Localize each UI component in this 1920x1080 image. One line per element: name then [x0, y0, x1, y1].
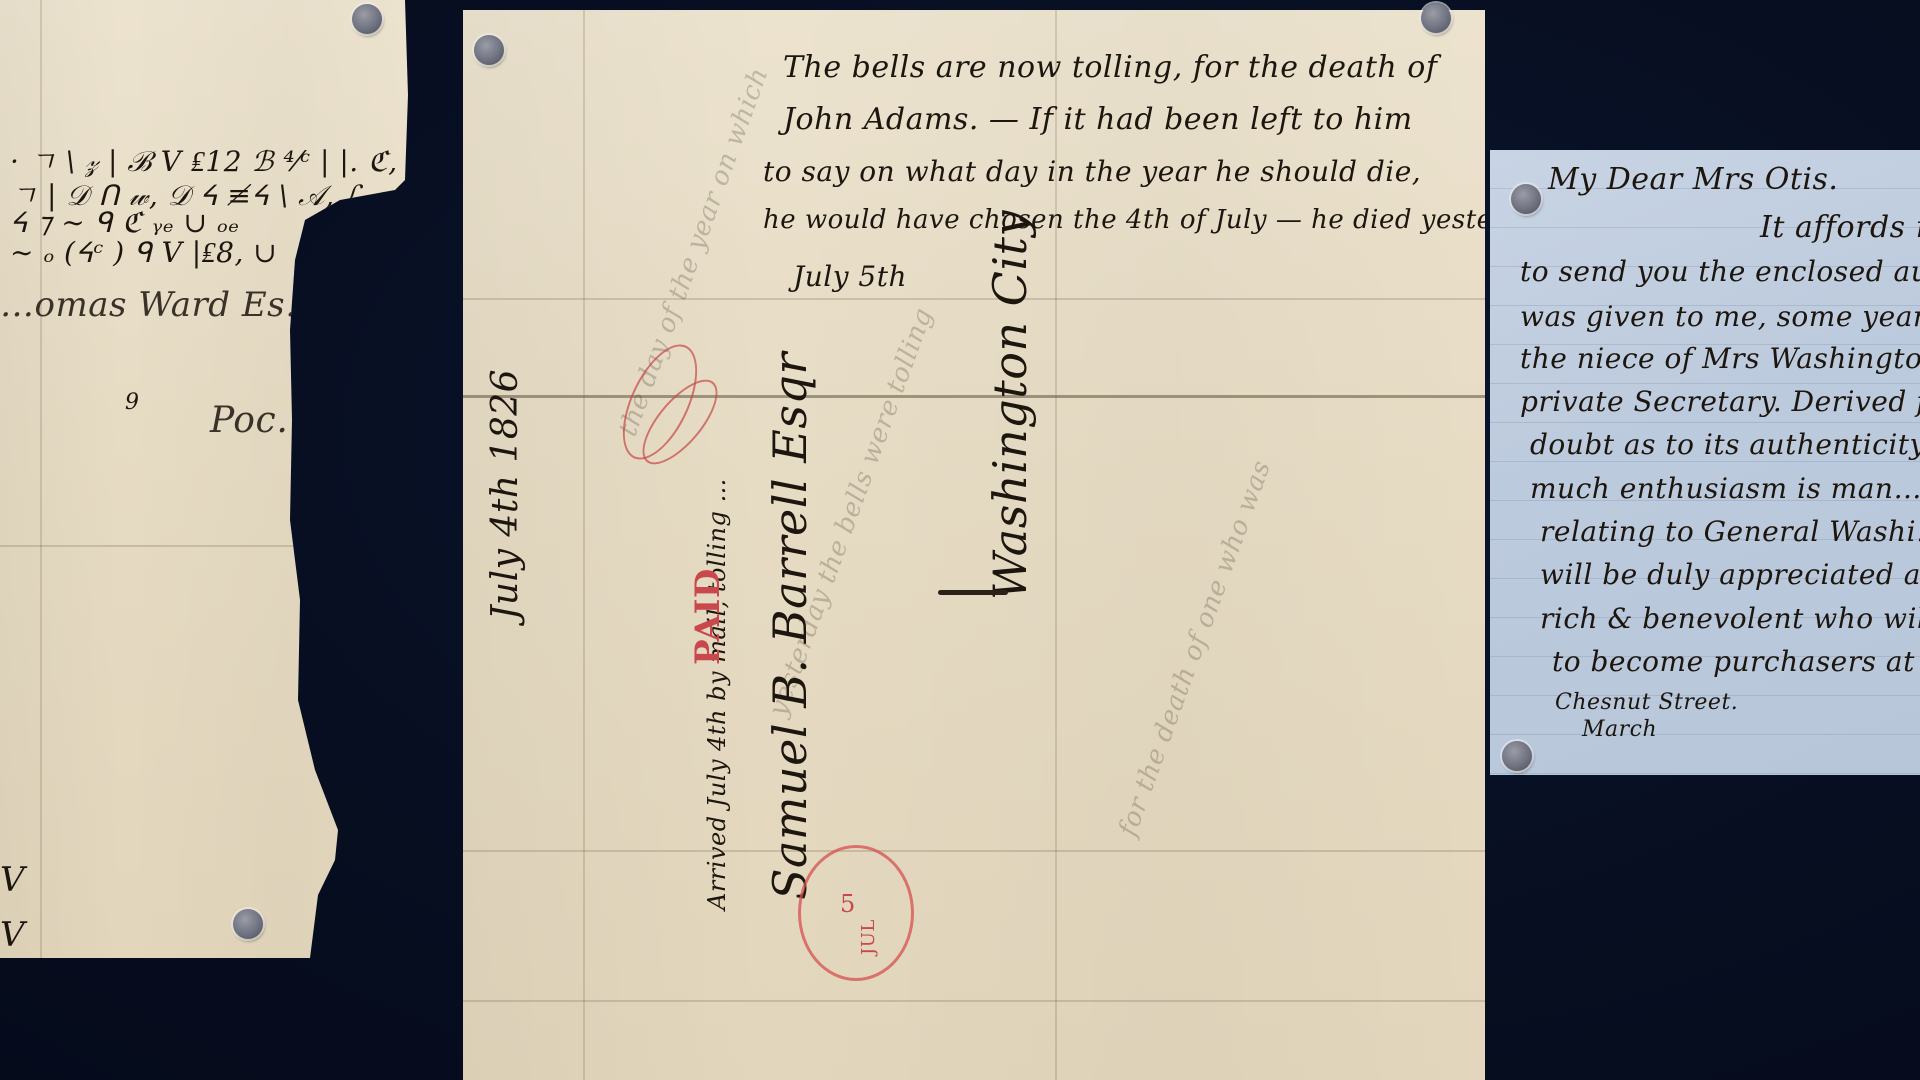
shorthand-line: ∼ ₒ (ᔦᶜ ) ᑫ V |₤8, ∪ [10, 236, 277, 270]
letter-body-line: will be duly appreciated an… [1540, 558, 1920, 591]
pin-icon [233, 909, 263, 939]
address-name: Samuel B. Barrell Esqr [763, 352, 817, 900]
postmark-month: JUL [858, 919, 879, 955]
margin-mark: V [0, 860, 25, 900]
center-letter-john-adams: the day of the year on which yesterday t… [463, 10, 1485, 1080]
letter-body-line: rich & benevolent who will p… [1540, 602, 1920, 635]
fold-line [463, 298, 1485, 300]
letter-body-line: private Secretary. Derived f… [1520, 385, 1920, 418]
fold-line [463, 1000, 1485, 1002]
ink-mark: 9 [125, 390, 140, 415]
letter-body-line: the niece of Mrs Washington… [1520, 342, 1920, 375]
right-letter-mrs-otis: My Dear Mrs Otis. It affords m… to send … [1490, 150, 1920, 775]
letter-body-line: to say on what day in the year he should… [763, 155, 1421, 188]
pin-icon [1421, 3, 1451, 33]
postmark-day: 5 [840, 890, 856, 918]
fold-line [463, 395, 1485, 398]
fold-line [583, 10, 585, 1080]
letter-body-line: he would have chosen the 4th of July — h… [763, 205, 1485, 235]
pin-icon [474, 35, 504, 65]
paid-stamp: PAID [688, 568, 728, 665]
letter-body-line: doubt as to its authenticity, a… [1530, 428, 1920, 461]
letter-body-line: July 5th [793, 260, 907, 293]
docket-date: July 4th 1826 [485, 369, 526, 620]
letter-body-line: It affords m… [1760, 210, 1920, 245]
letter-body-line: John Adams. — If it had been left to him [783, 102, 1413, 137]
address-name: …omas Ward Es… [0, 285, 320, 325]
letter-body-line: The bells are now tolling, for the death… [783, 50, 1437, 85]
letter-body-line: to become purchasers at g… [1552, 645, 1920, 678]
pin-icon [1511, 184, 1541, 214]
place-line: Chesnut Street. [1555, 690, 1738, 715]
fold-line [463, 850, 1485, 852]
shorthand-line: ᔦ ⁊ ∼ ᑫ ℭ ᵧₑ ∪ ₒₑ [10, 206, 240, 239]
pin-icon [1502, 741, 1532, 771]
letter-body-line: was given to me, some years b… [1520, 300, 1920, 333]
margin-mark: V [0, 915, 25, 955]
letter-body-line: to send you the enclosed autog… [1520, 255, 1920, 288]
letter-body-line: much enthusiasm is man… [1530, 472, 1920, 505]
endorsement: Arrived July 4th by mail, tolling … [703, 478, 731, 910]
ink-dash [938, 590, 1008, 595]
month-line: March [1582, 717, 1657, 742]
letter-body-line: relating to General Washi… [1540, 515, 1920, 548]
salutation: My Dear Mrs Otis. [1548, 162, 1838, 197]
address-city: Washington City [983, 210, 1037, 600]
pin-icon [352, 4, 382, 34]
postmark-stamp [798, 845, 914, 981]
